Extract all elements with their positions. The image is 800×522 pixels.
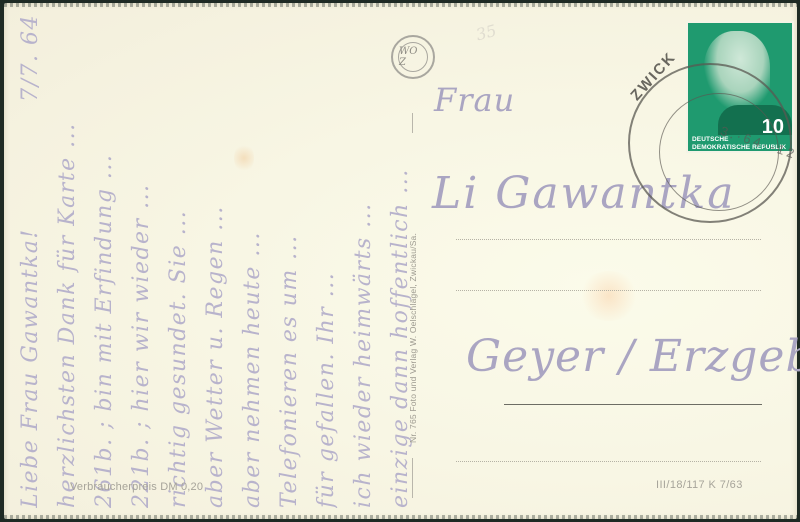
publisher-logo-text: WO Z bbox=[398, 42, 428, 72]
retail-price: Verbraucherpreis DM 0,20 bbox=[70, 481, 203, 493]
message-line: 221b. ; hier wir wieder ... bbox=[123, 8, 160, 508]
postcard: 35 7/7. 64 Liebe Frau Gawantka! herzlich… bbox=[4, 3, 797, 519]
message-line: ich wieder heimwärts ... bbox=[345, 8, 382, 508]
address-line bbox=[456, 239, 761, 240]
message-line: herzlichsten Dank für Karte ... bbox=[49, 8, 86, 508]
message-line: für gefallen. Ihr ... bbox=[308, 8, 345, 508]
publisher-logo-icon: WO Z bbox=[391, 35, 435, 79]
address-line bbox=[456, 290, 761, 291]
address-line bbox=[456, 461, 761, 462]
message-line: aber nehmen heute ... bbox=[234, 8, 271, 508]
divider-line bbox=[412, 458, 413, 498]
address-underline bbox=[504, 404, 762, 405]
handwritten-message: 7/7. 64 Liebe Frau Gawantka! herzlichste… bbox=[12, 8, 407, 508]
message-line: aber Wetter u. Regen ... bbox=[197, 8, 234, 508]
message-date: 7/7. 64 bbox=[12, 14, 49, 102]
postmark-inner-ring-icon bbox=[659, 93, 779, 211]
message-line: 261b. ; bin mit Erfindung ... bbox=[86, 8, 123, 508]
paper-stain bbox=[579, 271, 639, 321]
address-city: Geyer / Erzgeb. bbox=[466, 331, 800, 382]
message-line: Telefonieren es um ... bbox=[271, 8, 308, 508]
publisher-imprint: Nr. 765 Foto und Verlag W. Oelschlägel, … bbox=[408, 113, 422, 443]
catalog-code: III/18/117 K 7/63 bbox=[656, 479, 743, 491]
pencil-note: 35 bbox=[474, 21, 499, 45]
message-line: richtig gesundet. Sie ... bbox=[160, 8, 197, 508]
address-title: Frau bbox=[434, 81, 515, 119]
